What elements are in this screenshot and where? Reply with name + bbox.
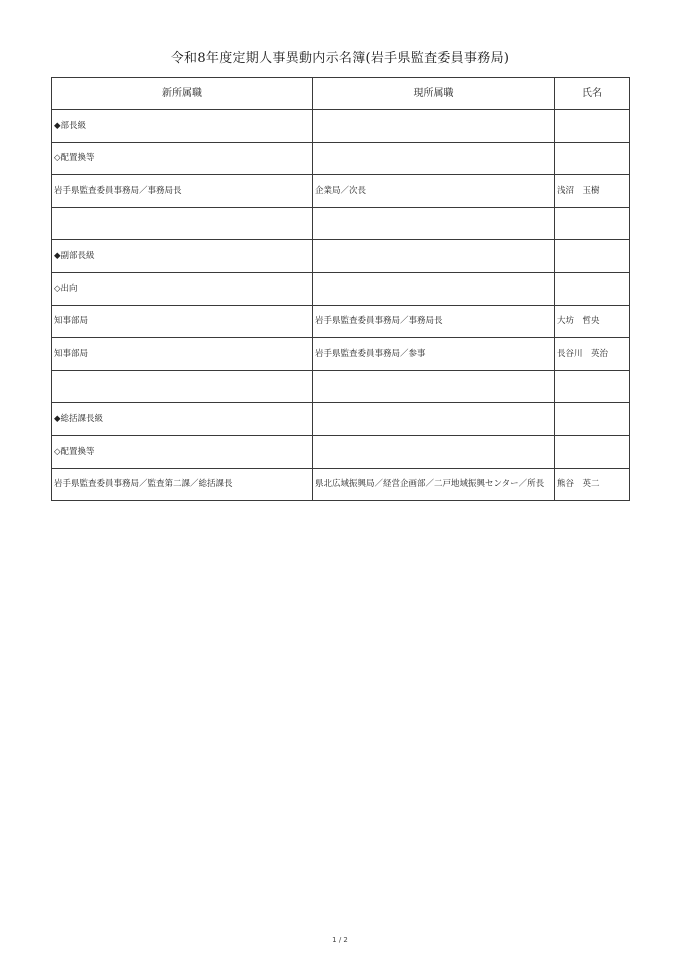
cell-new-post: ◇配置換等 xyxy=(52,435,313,468)
table-header-row: 新所属職 現所属職 氏名 xyxy=(52,78,630,110)
cell-new-post: ◇配置換等 xyxy=(52,142,313,175)
cell-name xyxy=(555,110,630,143)
cell-name xyxy=(555,435,630,468)
header-new-post: 新所属職 xyxy=(52,78,313,110)
header-current-post: 現所属職 xyxy=(313,78,555,110)
header-name: 氏名 xyxy=(555,78,630,110)
cell-current-post xyxy=(313,403,555,436)
table-row xyxy=(52,207,630,240)
table-row: ◇出向 xyxy=(52,272,630,305)
cell-name: 大坊 哲央 xyxy=(555,305,630,338)
cell-name xyxy=(555,370,630,403)
document-title: 令和8年度定期人事異動内示名簿(岩手県監査委員事務局) xyxy=(0,47,680,66)
cell-new-post: 知事部局 xyxy=(52,338,313,371)
cell-current-post xyxy=(313,240,555,273)
table-row: 知事部局 岩手県監査委員事務局／参事 長谷川 英治 xyxy=(52,338,630,371)
cell-current-post xyxy=(313,435,555,468)
table-row: ◆総括課長級 xyxy=(52,403,630,436)
cell-current-post xyxy=(313,142,555,175)
cell-new-post xyxy=(52,207,313,240)
cell-name xyxy=(555,272,630,305)
page-indicator: 1 / 2 xyxy=(0,936,680,944)
table-row xyxy=(52,370,630,403)
cell-name: 長谷川 英治 xyxy=(555,338,630,371)
table-row: 岩手県監査委員事務局／監査第二課／総括課長 県北広域振興局／経営企画部／二戸地域… xyxy=(52,468,630,501)
table-row: 岩手県監査委員事務局／事務局長 企業局／次長 浅沼 玉樹 xyxy=(52,175,630,208)
cell-current-post xyxy=(313,370,555,403)
table-row: ◆副部長級 xyxy=(52,240,630,273)
cell-current-post xyxy=(313,207,555,240)
cell-new-post: 岩手県監査委員事務局／事務局長 xyxy=(52,175,313,208)
table-row: ◆部長級 xyxy=(52,110,630,143)
cell-new-post: ◆副部長級 xyxy=(52,240,313,273)
cell-new-post: ◇出向 xyxy=(52,272,313,305)
cell-new-post: 知事部局 xyxy=(52,305,313,338)
cell-new-post: ◆総括課長級 xyxy=(52,403,313,436)
cell-name xyxy=(555,207,630,240)
cell-name: 熊谷 英二 xyxy=(555,468,630,501)
table-row: ◇配置換等 xyxy=(52,435,630,468)
cell-new-post: ◆部長級 xyxy=(52,110,313,143)
cell-current-post: 岩手県監査委員事務局／参事 xyxy=(313,338,555,371)
cell-name xyxy=(555,403,630,436)
cell-current-post: 県北広域振興局／経営企画部／二戸地域振興センター／所長 xyxy=(313,468,555,501)
cell-name xyxy=(555,142,630,175)
cell-new-post xyxy=(52,370,313,403)
cell-current-post: 岩手県監査委員事務局／事務局長 xyxy=(313,305,555,338)
table-row: ◇配置換等 xyxy=(52,142,630,175)
cell-name: 浅沼 玉樹 xyxy=(555,175,630,208)
cell-current-post: 企業局／次長 xyxy=(313,175,555,208)
table-row: 知事部局 岩手県監査委員事務局／事務局長 大坊 哲央 xyxy=(52,305,630,338)
personnel-roster-table: 新所属職 現所属職 氏名 ◆部長級 ◇配置換等 岩手県監査委員事務局／事務局長 … xyxy=(51,77,630,501)
cell-current-post xyxy=(313,110,555,143)
cell-name xyxy=(555,240,630,273)
cell-new-post: 岩手県監査委員事務局／監査第二課／総括課長 xyxy=(52,468,313,501)
cell-current-post xyxy=(313,272,555,305)
